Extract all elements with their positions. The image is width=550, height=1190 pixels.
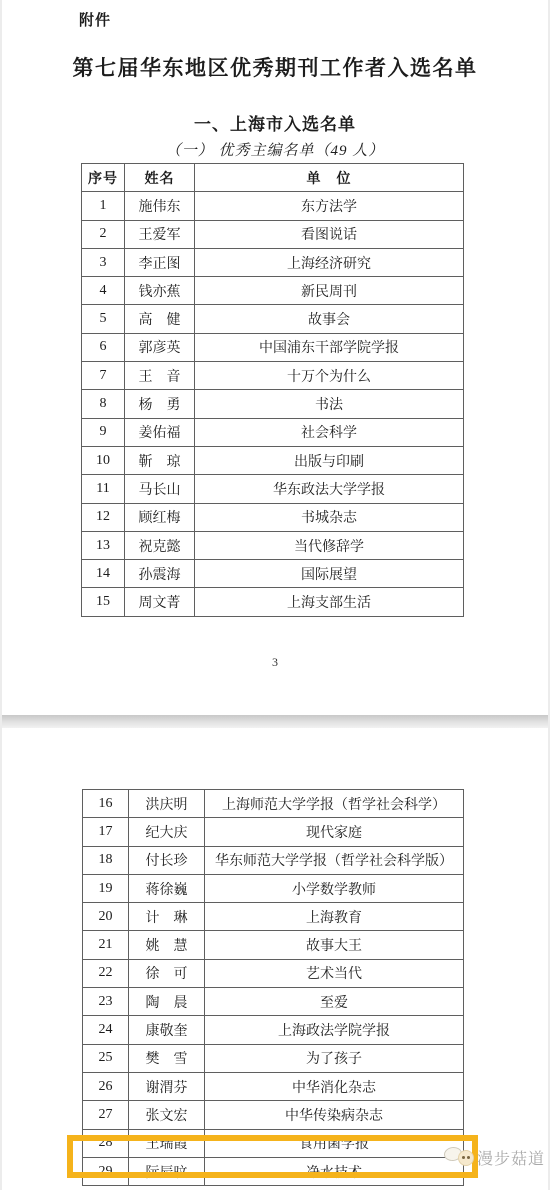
name-cell: 樊 雪 — [129, 1044, 205, 1072]
table-row: 24康敬奎上海政法学院学报 — [83, 1016, 464, 1044]
name-cell: 顾红梅 — [125, 503, 195, 531]
row-number-cell: 14 — [82, 560, 125, 588]
name-cell: 王爱军 — [125, 220, 195, 248]
table-row: 18付长珍华东师范大学学报（哲学社会科学版） — [83, 846, 464, 874]
unit-cell: 中华传染病杂志 — [205, 1101, 464, 1129]
unit-cell: 华东政法大学学报 — [195, 475, 464, 503]
unit-cell: 艺术当代 — [205, 959, 464, 987]
table-row: 8杨 勇书法 — [82, 390, 464, 418]
row-number-cell: 21 — [83, 931, 129, 959]
table-row: 9姜佑福社会科学 — [82, 418, 464, 446]
table-row: 4钱亦蕉新民周刊 — [82, 277, 464, 305]
name-cell: 靳 琼 — [125, 446, 195, 474]
row-number-cell: 20 — [83, 903, 129, 931]
unit-cell: 上海支部生活 — [195, 588, 464, 616]
name-cell: 张文宏 — [129, 1101, 205, 1129]
table-row: 5高 健故事会 — [82, 305, 464, 333]
row-number-cell: 2 — [82, 220, 125, 248]
unit-cell: 小学数学教师 — [205, 874, 464, 902]
name-cell: 王 音 — [125, 362, 195, 390]
row-number-cell: 27 — [83, 1101, 129, 1129]
name-cell: 计 琳 — [129, 903, 205, 931]
unit-cell: 华东师范大学学报（哲学社会科学版） — [205, 846, 464, 874]
page-number: 3 — [0, 655, 550, 670]
table-row: 6郭彦英中国浦东干部学院学报 — [82, 333, 464, 361]
name-cell: 陶 晨 — [129, 988, 205, 1016]
name-cell: 祝克懿 — [125, 531, 195, 559]
panda-face-icon — [458, 1150, 474, 1166]
unit-cell: 净水技术 — [205, 1157, 464, 1185]
document-page-1: 附件 第七届华东地区优秀期刊工作者入选名单 一、上海市入选名单 （一） 优秀主编… — [0, 0, 550, 715]
unit-cell: 上海教育 — [205, 903, 464, 931]
unit-cell: 社会科学 — [195, 418, 464, 446]
unit-cell: 中国浦东干部学院学报 — [195, 333, 464, 361]
name-cell: 李正图 — [125, 248, 195, 276]
section-heading: 一、上海市入选名单 — [0, 110, 550, 135]
unit-cell: 新民周刊 — [195, 277, 464, 305]
row-number-cell: 24 — [83, 1016, 129, 1044]
editors-table-page1: 序号 姓名 单 位 1施伟东东方法学2王爱军看图说话3李正图上海经济研究4钱亦蕉… — [81, 163, 464, 617]
row-number-cell: 25 — [83, 1044, 129, 1072]
table-row: 20计 琳上海教育 — [83, 903, 464, 931]
attachment-label: 附件 — [79, 9, 111, 30]
row-number-cell: 8 — [82, 390, 125, 418]
unit-cell: 上海师范大学学报（哲学社会科学） — [205, 790, 464, 818]
row-number-cell: 19 — [83, 874, 129, 902]
row-number-cell: 13 — [82, 531, 125, 559]
table-row: 3李正图上海经济研究 — [82, 248, 464, 276]
unit-cell: 上海经济研究 — [195, 248, 464, 276]
subsection-heading: （一） 优秀主编名单（49 人） — [0, 139, 550, 160]
table-row: 14孙震海国际展望 — [82, 560, 464, 588]
table-row: 2王爱军看图说话 — [82, 220, 464, 248]
scan-edge-left — [0, 0, 2, 1190]
table-row: 1施伟东东方法学 — [82, 192, 464, 220]
name-cell: 孙震海 — [125, 560, 195, 588]
header-unit: 单 位 — [195, 164, 464, 192]
editors-table-page2: 16洪庆明上海师范大学学报（哲学社会科学）17纪大庆现代家庭18付长珍华东师范大… — [82, 789, 464, 1186]
row-number-cell: 22 — [83, 959, 129, 987]
document-page-2: 16洪庆明上海师范大学学报（哲学社会科学）17纪大庆现代家庭18付长珍华东师范大… — [0, 728, 550, 1190]
row-number-cell: 10 — [82, 446, 125, 474]
name-cell: 周文菁 — [125, 588, 195, 616]
table-row: 25樊 雪为了孩子 — [83, 1044, 464, 1072]
name-cell: 阮辰旼 — [129, 1157, 205, 1185]
unit-cell: 十万个为什么 — [195, 362, 464, 390]
name-cell: 徐 可 — [129, 959, 205, 987]
table-row: 12顾红梅书城杂志 — [82, 503, 464, 531]
table-row: 29阮辰旼净水技术 — [83, 1157, 464, 1185]
row-number-cell: 18 — [83, 846, 129, 874]
row-number-cell: 17 — [83, 818, 129, 846]
row-number-cell: 7 — [82, 362, 125, 390]
table-row: 23陶 晨至爱 — [83, 988, 464, 1016]
row-number-cell: 5 — [82, 305, 125, 333]
name-cell: 纪大庆 — [129, 818, 205, 846]
unit-cell: 故事会 — [195, 305, 464, 333]
table2-body: 16洪庆明上海师范大学学报（哲学社会科学）17纪大庆现代家庭18付长珍华东师范大… — [83, 790, 464, 1186]
table-row: 7王 音十万个为什么 — [82, 362, 464, 390]
name-cell: 姜佑福 — [125, 418, 195, 446]
row-number-cell: 12 — [82, 503, 125, 531]
row-number-cell: 29 — [83, 1157, 129, 1185]
table-row: 11马长山华东政法大学学报 — [82, 475, 464, 503]
name-cell: 施伟东 — [125, 192, 195, 220]
unit-cell: 当代修辞学 — [195, 531, 464, 559]
table-row: 10靳 琼出版与印刷 — [82, 446, 464, 474]
name-cell: 郭彦英 — [125, 333, 195, 361]
row-number-cell: 16 — [83, 790, 129, 818]
row-number-cell: 15 — [82, 588, 125, 616]
unit-cell: 中华消化杂志 — [205, 1072, 464, 1100]
watermark-text: 漫步菇道 — [477, 1146, 545, 1169]
unit-cell: 上海政法学院学报 — [205, 1016, 464, 1044]
name-cell: 杨 勇 — [125, 390, 195, 418]
table-row: 22徐 可艺术当代 — [83, 959, 464, 987]
row-number-cell: 26 — [83, 1072, 129, 1100]
unit-cell: 至爱 — [205, 988, 464, 1016]
table-row: 26谢渭芬中华消化杂志 — [83, 1072, 464, 1100]
row-number-cell: 1 — [82, 192, 125, 220]
table-row: 27张文宏中华传染病杂志 — [83, 1101, 464, 1129]
name-cell: 钱亦蕉 — [125, 277, 195, 305]
row-number-cell: 6 — [82, 333, 125, 361]
row-number-cell: 28 — [83, 1129, 129, 1157]
table-row: 21姚 慧故事大王 — [83, 931, 464, 959]
header-name: 姓名 — [125, 164, 195, 192]
row-number-cell: 9 — [82, 418, 125, 446]
unit-cell: 现代家庭 — [205, 818, 464, 846]
name-cell: 康敬奎 — [129, 1016, 205, 1044]
row-number-cell: 11 — [82, 475, 125, 503]
table-row: 15周文菁上海支部生活 — [82, 588, 464, 616]
unit-cell: 为了孩子 — [205, 1044, 464, 1072]
chat-panda-icon — [444, 1144, 474, 1170]
unit-cell: 出版与印刷 — [195, 446, 464, 474]
name-cell: 谢渭芬 — [129, 1072, 205, 1100]
name-cell: 付长珍 — [129, 846, 205, 874]
name-cell: 高 健 — [125, 305, 195, 333]
name-cell: 姚 慧 — [129, 931, 205, 959]
table1-body: 1施伟东东方法学2王爱军看图说话3李正图上海经济研究4钱亦蕉新民周刊5高 健故事… — [82, 192, 464, 616]
table-header-row: 序号 姓名 单 位 — [82, 164, 464, 192]
unit-cell: 国际展望 — [195, 560, 464, 588]
unit-cell: 故事大王 — [205, 931, 464, 959]
name-cell: 洪庆明 — [129, 790, 205, 818]
table-row: 17纪大庆现代家庭 — [83, 818, 464, 846]
watermark: 漫步菇道 — [444, 1144, 545, 1170]
document-title: 第七届华东地区优秀期刊工作者入选名单 — [0, 52, 550, 82]
table-row: 19蒋徐巍小学数学教师 — [83, 874, 464, 902]
unit-cell: 书城杂志 — [195, 503, 464, 531]
header-number: 序号 — [82, 164, 125, 192]
row-number-cell: 4 — [82, 277, 125, 305]
name-cell: 王瑞霞 — [129, 1129, 205, 1157]
unit-cell: 食用菌学报 — [205, 1129, 464, 1157]
unit-cell: 看图说话 — [195, 220, 464, 248]
unit-cell: 书法 — [195, 390, 464, 418]
row-number-cell: 23 — [83, 988, 129, 1016]
name-cell: 马长山 — [125, 475, 195, 503]
table-row: 28王瑞霞食用菌学报 — [83, 1129, 464, 1157]
unit-cell: 东方法学 — [195, 192, 464, 220]
table-row: 13祝克懿当代修辞学 — [82, 531, 464, 559]
row-number-cell: 3 — [82, 248, 125, 276]
table-row: 16洪庆明上海师范大学学报（哲学社会科学） — [83, 790, 464, 818]
name-cell: 蒋徐巍 — [129, 874, 205, 902]
page-separator — [0, 715, 550, 728]
